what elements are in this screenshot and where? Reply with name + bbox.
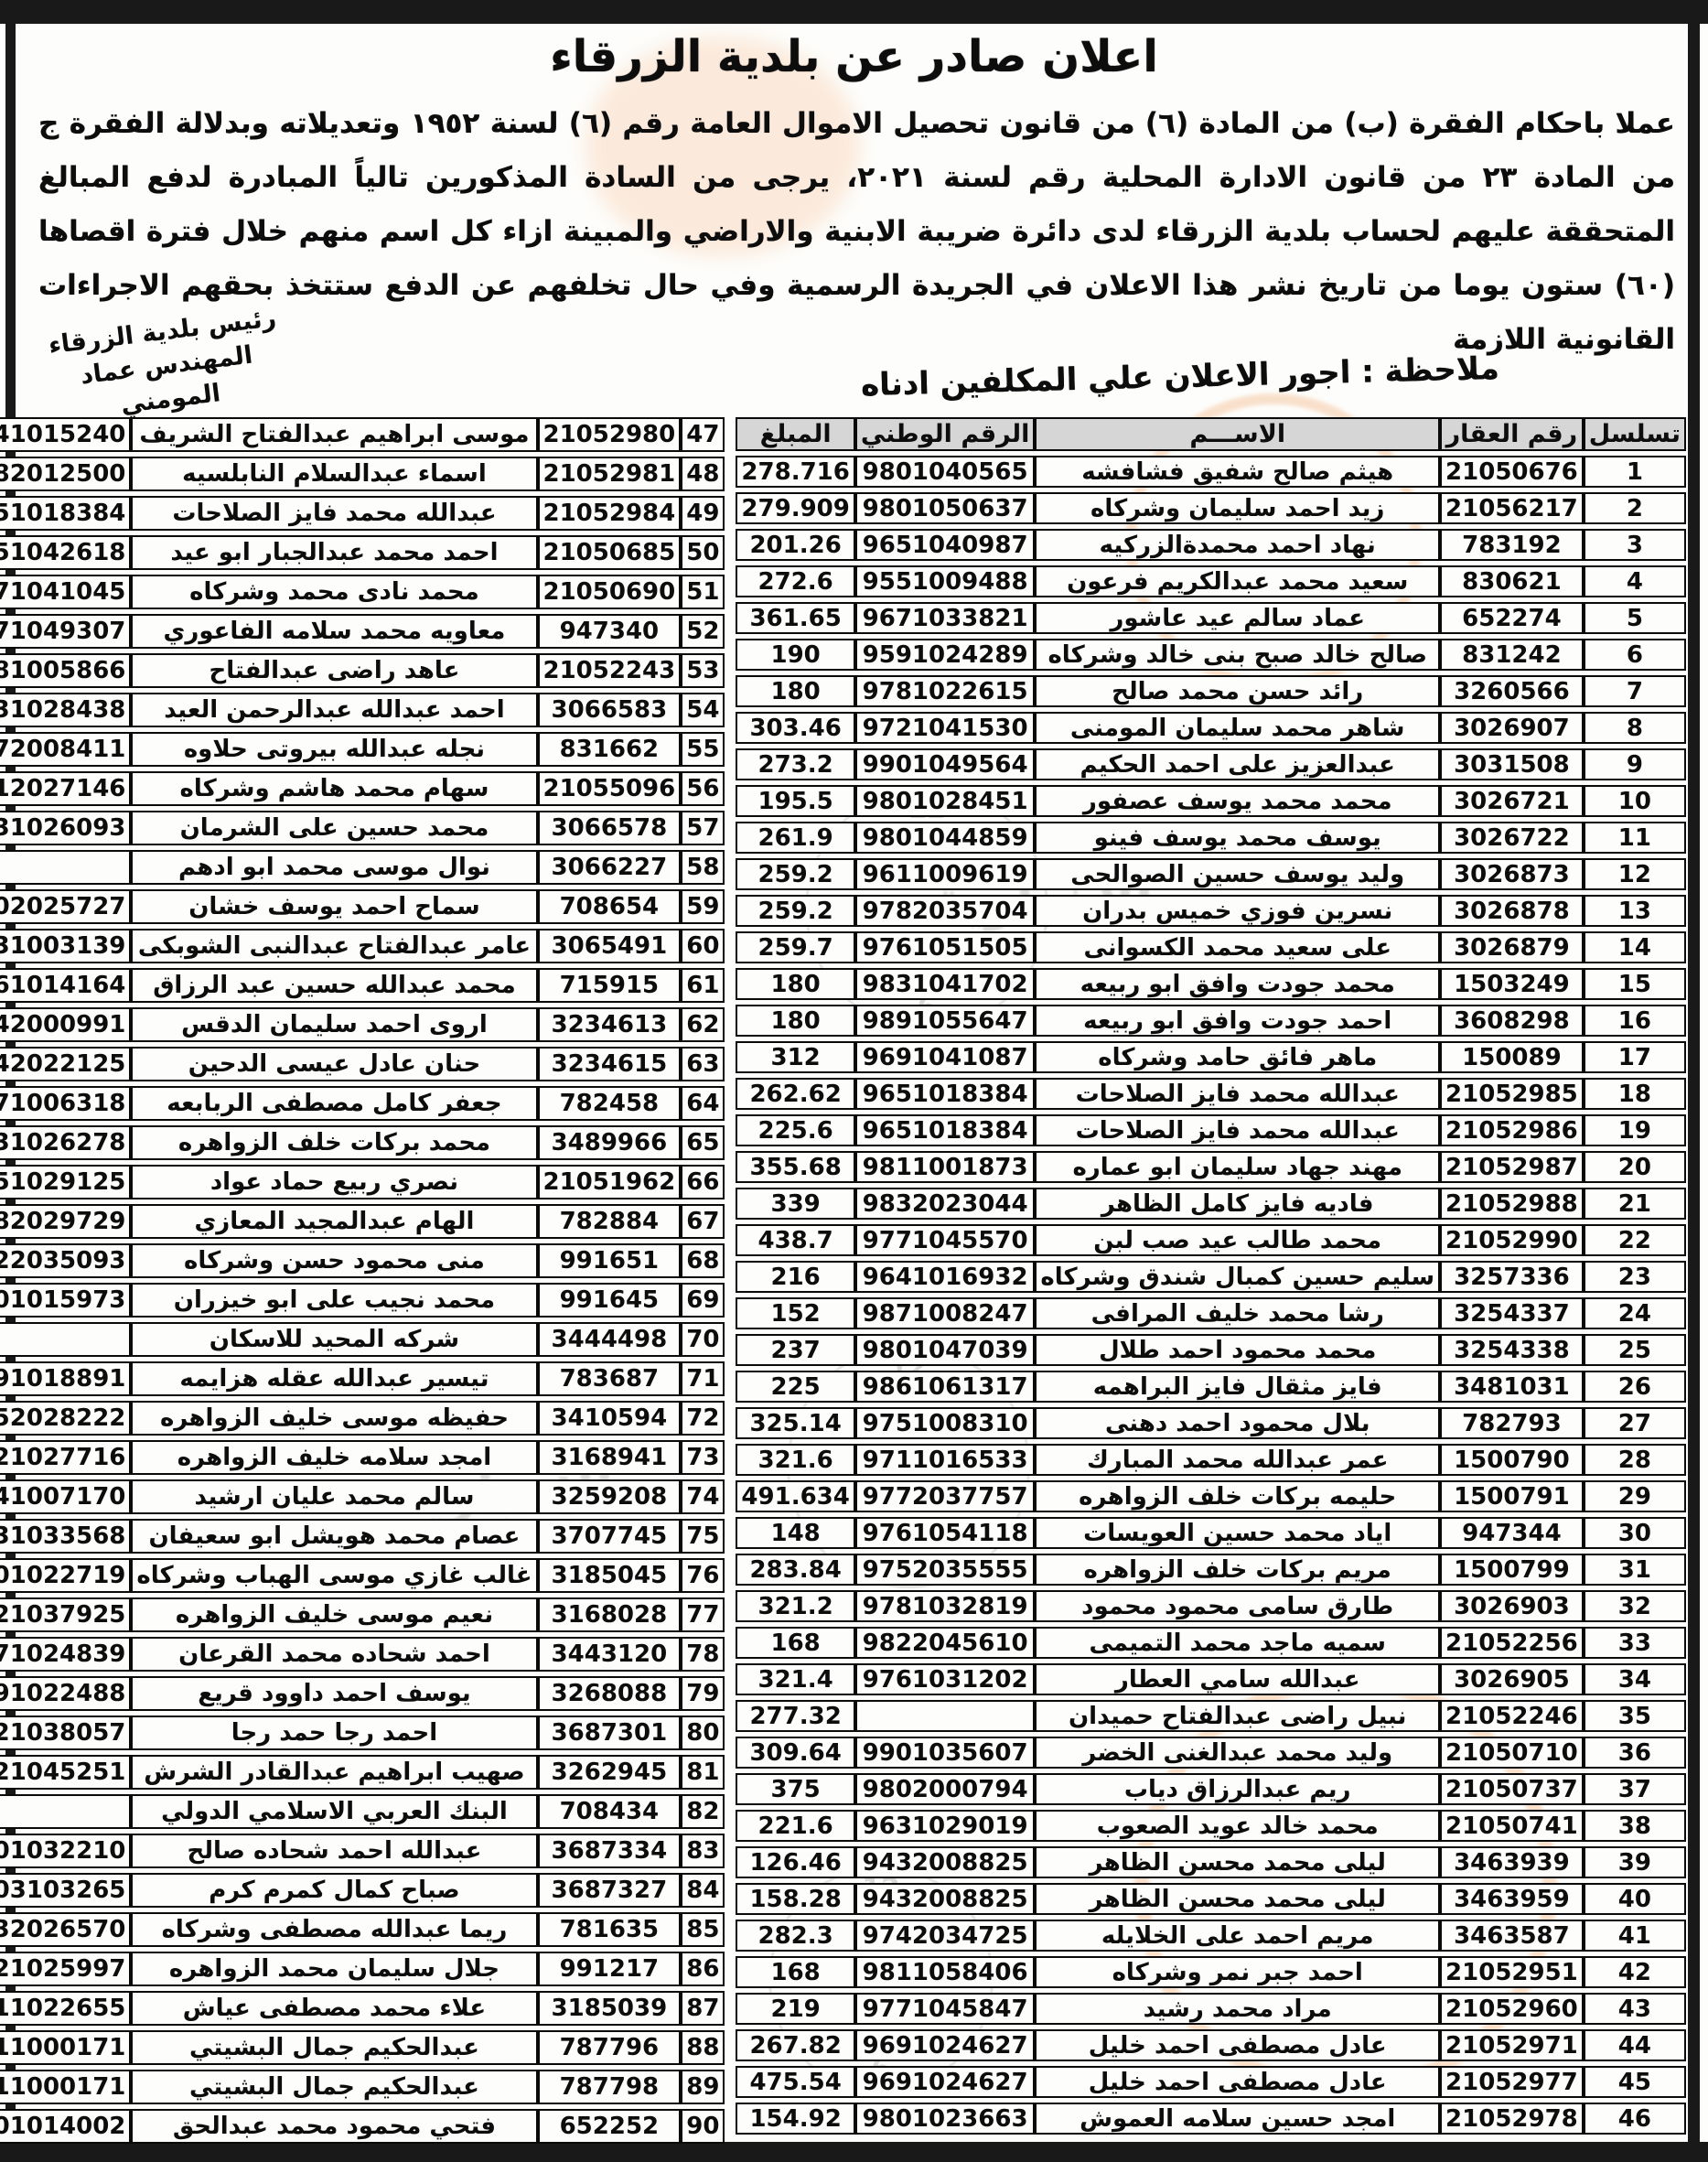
cell-property: 3185039 [538,1991,682,2026]
cell-serial: 43 [1584,1993,1686,2025]
cell-serial: 68 [681,1243,725,1278]
scan-border-right [1688,24,1700,2142]
left-table-body: 4721052980موسى ابراهيم عبدالفتاح الشريف9… [0,417,725,2144]
cell-national: 9782035704 [855,895,1036,927]
table-row: 723410594حفيظه موسى خليف الزواهره9652028… [0,1401,725,1436]
cell-name: جلال سليمان محمد الزواهره [131,1952,537,1986]
cell-national: 9832023044 [855,1188,1036,1220]
table-row: 113026722يوسف محمد يوسف فينو980104485926… [736,822,1686,854]
cell-national: 9701015973 [0,1283,131,1318]
cell-name: حنان عادل عيسى الدحين [131,1047,537,1081]
table-row: 4221052951احمد جبر نمر وشركاه98110584061… [736,1956,1686,1988]
cell-national: 9691024627 [855,2029,1036,2061]
cell-name: سماح احمد يوسف خشان [131,889,537,924]
cell-serial: 80 [681,1716,725,1750]
cell-national: 9761054118 [855,1517,1036,1549]
cell-name: منى محمود حسن وشركاه [131,1243,537,1278]
cell-national: 9482012500 [0,457,131,491]
table-row: 85781635ريما عبدالله مصطفى وشركاه9732026… [0,1912,725,1947]
cell-name: احمد جودت وافق ابو ربيعه [1035,1005,1440,1037]
cell-name: حليمه بركات خلف الزواهره [1035,1480,1440,1512]
cell-name: صباح كمال كمرم كرم [131,1873,537,1908]
cell-national: 9771024839 [0,1637,131,1672]
cell-national: 9671006318 [0,1086,131,1121]
cell-name: جعفر كامل مصطفى الربابعه [131,1086,537,1121]
table-row: 4321052960مراد محمد رشيد9771045847219 [736,1993,1686,2025]
cell-property: 3026903 [1440,1590,1584,1622]
cell-serial: 87 [681,1991,725,2026]
cell-property: 21050690 [538,575,682,609]
cell-amount: 355.68 [736,1151,854,1183]
cell-serial: 66 [681,1165,725,1199]
cell-national: 9732026570 [0,1912,131,1947]
cell-national: 9401014002 [0,2109,131,2144]
cell-national: 9772037757 [855,1480,1036,1512]
table-row: 3721050737ريم عبدالرزاق دياب980200079437… [736,1773,1686,1805]
cell-name: محمد نجيب على ابو خيزران [131,1283,537,1318]
cell-property: 3259208 [538,1479,682,1514]
cell-serial: 74 [681,1479,725,1514]
cell-name: رشا محمد خليف المرافى [1035,1297,1440,1329]
cell-national: 9751008310 [855,1407,1036,1439]
table-row: 67782884الهام عبدالمجيد المعازي968202972… [0,1204,725,1239]
cell-property: 3707745 [538,1519,682,1554]
cell-serial: 73 [681,1440,725,1475]
table-row: 17150089ماهر فائق حامد وشركاه96910410873… [736,1041,1686,1073]
table-row: 803687301احمد رجا حمد رجا9721038057214.2… [0,1716,725,1750]
right-table-body: 121050676هيثم صالح شفيق فشافشه9801040565… [736,456,1686,2135]
cell-property: 782884 [538,1204,682,1239]
cell-name: وليد محمد عبدالغنى الخضر [1035,1737,1440,1769]
cell-name: هيثم صالح شفيق فشافشه [1035,456,1440,488]
cell-property: 3687327 [538,1873,682,1908]
cell-property: 21050676 [1440,456,1584,488]
cell-property: 991651 [538,1243,682,1278]
cell-national: 9641015240 [0,417,131,452]
cell-serial: 55 [681,732,725,767]
table-row: 813262945صهيب ابراهيم عبدالقادر الشرش992… [0,1755,725,1790]
cell-national: 9761051505 [855,931,1036,963]
table-row: 3521052246نبيل راضى عبدالفتاح حميدان277.… [736,1700,1686,1732]
cell-name: زيد احمد سليمان وشركاه [1035,492,1440,524]
cell-amount: 152 [736,1297,854,1329]
header-row: تسلسل رقم العقار الاســـم الرقم الوطني ا… [736,417,1686,451]
cell-serial: 65 [681,1125,725,1160]
cell-serial: 90 [681,2109,725,2144]
cell-national: 2003103265 [0,1873,131,1908]
cell-name: عبدالله احمد شحاده صالح [131,1834,537,1868]
cell-serial: 28 [1584,1444,1686,1476]
cell-amount: 225 [736,1371,854,1403]
cell-name: محمد محمود احمد طلال [1035,1334,1440,1366]
table-row: 1821052985عبدالله محمد فايز الصلاحات9651… [736,1078,1686,1110]
cell-property: 21052951 [1440,1956,1584,1988]
cell-name: نسرين فوزي خميس بدران [1035,895,1440,927]
cell-national: 9722035093 [0,1243,131,1278]
table-row: 221056217زيد احمد سليمان وشركاه980105063… [736,492,1686,524]
cell-serial: 7 [1584,675,1686,707]
table-row: 2121052988فاديه فايز كامل الظاهر98320230… [736,1188,1686,1220]
cell-serial: 75 [681,1519,725,1554]
cell-serial: 6 [1584,639,1686,671]
cell-name: سميه ماجد محمد التميمى [1035,1627,1440,1659]
cell-name: رائد حسن محمد صالح [1035,675,1440,707]
cell-national: 9631028438 [0,693,131,727]
cell-serial: 51 [681,575,725,609]
cell-national [855,1700,1036,1732]
cell-name: سالم محمد عليان ارشيد [131,1479,537,1514]
table-row: 5652274عماد سالم عيد عاشور9671033821361.… [736,602,1686,634]
header-name: الاســـم [1035,417,1440,451]
cell-national [0,1794,131,1829]
cell-serial: 59 [681,889,725,924]
cell-national: 9801022719 [0,1558,131,1593]
cell-national: 9801032210 [0,1834,131,1868]
table-row: 4821052981اسماء عبدالسلام النابلسيه94820… [0,457,725,491]
cell-serial: 21 [1584,1188,1686,1220]
cell-national: 9801047039 [855,1334,1036,1366]
cell-property: 781635 [538,1912,682,1947]
cell-serial: 37 [1584,1773,1686,1805]
cell-name: نعيم موسى خليف الزواهره [131,1597,537,1632]
table-row: 311500799مريم بركات خلف الزواهره97520355… [736,1554,1686,1586]
cell-property: 3608298 [1440,1005,1584,1037]
cell-name: عبدالحكيم جمال البشيتي [131,2070,537,2104]
cell-serial: 25 [1584,1334,1686,1366]
cell-amount: 491.634 [736,1480,854,1512]
table-row: 623234613اروى احمد سليمان الدقس974200099… [0,1007,725,1042]
cell-amount: 237 [736,1334,854,1366]
cell-serial: 44 [1584,2029,1686,2061]
cell-amount: 282.3 [736,1920,854,1952]
cell-name: محمد محمد يوسف عصفور [1035,785,1440,817]
cell-name: ريم عبدالرزاق دياب [1035,1773,1440,1805]
cell-property: 3254338 [1440,1334,1584,1366]
table-row: 4721052980موسى ابراهيم عبدالفتاح الشريف9… [0,417,725,452]
cell-serial: 76 [681,1558,725,1593]
cell-amount: 221.6 [736,1810,854,1842]
cell-name: ماهر فائق حامد وشركاه [1035,1041,1440,1073]
table-row: 4421052971عادل مصطفى احمد خليل9691024627… [736,2029,1686,2061]
cell-name: نبيل راضى عبدالفتاح حميدان [1035,1700,1440,1732]
cell-serial: 12 [1584,858,1686,890]
table-row: 793268088يوسف احمد داوود قريع97910224881… [0,1676,725,1711]
cell-serial: 54 [681,693,725,727]
cell-national: 9921027716 [0,1440,131,1475]
cell-name: احمد جبر نمر وشركاه [1035,1956,1440,1988]
cell-serial: 88 [681,2030,725,2065]
cell-national: 9771041045 [0,575,131,609]
cell-amount: 216 [736,1261,854,1293]
cell-national: 9771049307 [0,614,131,649]
cell-property: 3444498 [538,1322,682,1357]
cell-serial: 24 [1584,1297,1686,1329]
cell-property: 652274 [1440,602,1584,634]
cell-serial: 67 [681,1204,725,1239]
cell-national: 9791022488 [0,1676,131,1711]
cell-serial: 52 [681,614,725,649]
cell-name: عاهد راضى عبدالفتاح [131,653,537,688]
table-row: 4621052978امجد حسين سلامه العموش98010236… [736,2103,1686,2135]
table-row: 403463959ليلى محمد محسن الظاهر9432008825… [736,1883,1686,1915]
cell-national: 9691041087 [855,1041,1036,1073]
table-row: 653489966محمد بركات خلف الزواهره96310262… [0,1125,725,1160]
cell-name: حفيظه موسى خليف الزواهره [131,1401,537,1436]
cell-national: 9591024289 [855,639,1036,671]
cell-serial: 48 [681,457,725,491]
cell-name: يوسف احمد داوود قريع [131,1676,537,1711]
cell-property: 652252 [538,2109,682,2144]
scanned-announcement-page: 123 69 123 69 123 69 الاخبارية الاخبارية… [0,0,1708,2162]
cell-name: امجد حسين سلامه العموش [1035,2103,1440,2135]
cell-amount: 219 [736,1993,854,2025]
cell-serial: 13 [1584,895,1686,927]
table-row: 68991651منى محمود حسن وشركاه972203509326… [0,1243,725,1278]
cell-national: 9591018891 [0,1361,131,1396]
cell-serial: 81 [681,1755,725,1790]
cell-national: 9652028222 [0,1401,131,1436]
cell-property: 3026878 [1440,895,1584,927]
table-row: 3783192نهاد احمد محمدةالزركيه96510409872… [736,529,1686,561]
cell-national: 9781032819 [855,1590,1036,1622]
cell-national: 9372008411 [0,732,131,767]
cell-serial: 47 [681,417,725,452]
cell-amount: 309.64 [736,1737,854,1769]
cell-name: تيسير عبدالله عقله هزايمه [131,1361,537,1396]
cell-name: محمد نادى محمد وشركاه [131,575,537,609]
table-row: 6621051962نصري ربيع حماد عواد97510291252… [0,1165,725,1199]
cell-property: 3410594 [538,1401,682,1436]
table-row: 64782458جعفر كامل مصطفى الربابعه96710063… [0,1086,725,1121]
cell-amount: 201.26 [736,529,854,561]
cell-name: احمد رجا حمد رجا [131,1716,537,1750]
cell-national: 9631026278 [0,1125,131,1160]
table-row: 86991217جلال سليمان محمد الزواهره9621025… [0,1952,725,1986]
cell-serial: 84 [681,1873,725,1908]
cell-name: عبدالله محمد فايز الصلاحات [1035,1078,1440,1110]
cell-name: سهام محمد هاشم وشركاه [131,771,537,806]
cell-property: 3026722 [1440,822,1584,854]
cell-property: 782793 [1440,1407,1584,1439]
table-row: 52947340معاويه محمد سلامه الفاعوري977104… [0,614,725,649]
table-row: 2021052987مهند جهاد سليمان ابو عماره9811… [736,1151,1686,1183]
table-row: 69991645محمد نجيب على ابو خيزران97010159… [0,1283,725,1318]
table-row: 59708654سماح احمد يوسف خشان9802025727504 [0,889,725,924]
cell-name: اروى احمد سليمان الدقس [131,1007,537,1042]
cell-amount: 325.14 [736,1407,854,1439]
cell-serial: 19 [1584,1114,1686,1146]
table-row: 281500790عمر عبدالله محمد المبارك9711016… [736,1444,1686,1476]
cell-name: فايز مثقال فايز البراهمه [1035,1371,1440,1403]
cell-property: 21055096 [538,771,682,806]
cell-serial: 34 [1584,1663,1686,1695]
cell-name: شاهر محمد سليمان المومنى [1035,712,1440,744]
cell-amount: 195.5 [736,785,854,817]
cell-property: 21052978 [1440,2103,1584,2135]
table-row: 873185039علاء محمد مصطفى عياش98110226551… [0,1991,725,2026]
cell-serial: 58 [681,850,725,885]
cell-amount: 321.2 [736,1590,854,1622]
cell-name: احمد شحاده محمد القرعان [131,1637,537,1672]
cell-property: 21052988 [1440,1188,1584,1220]
cell-name: سليم حسين كمبال شندق وشركاه [1035,1261,1440,1293]
table-row: 4521052977عادل مصطفى احمد خليل9691024627… [736,2066,1686,2098]
cell-serial: 2 [1584,492,1686,524]
scan-border-top [0,0,1708,24]
cell-serial: 70 [681,1322,725,1357]
cell-serial: 42 [1584,1956,1686,1988]
cell-amount: 259.2 [736,858,854,890]
table-row: 151503249محمد جودت وافق ابو ربيعه9831041… [736,968,1686,1000]
table-row: 753707745عصام محمد هويشل ابو سعيفان98310… [0,1519,725,1554]
cell-name: على سعيد محمد الكسوانى [1035,931,1440,963]
cell-name: عصام محمد هويشل ابو سعيفان [131,1519,537,1554]
cell-name: ليلى محمد محسن الظاهر [1035,1846,1440,1878]
cell-name: مريم احمد على الخلايله [1035,1920,1440,1952]
cell-national: 9891055647 [855,1005,1036,1037]
table-row: 603065491عامر عبدالفتاح عبدالنبى الشوبكى… [0,929,725,963]
cell-property: 21052987 [1440,1151,1584,1183]
cell-national: 9631029019 [855,1810,1036,1842]
cell-property: 3066583 [538,693,682,727]
right-table-header: تسلسل رقم العقار الاســـم الرقم الوطني ا… [736,417,1686,451]
cell-serial: 5 [1584,602,1686,634]
cell-name: احمد محمد عبدالجبار ابو عيد [131,535,537,570]
cell-serial: 27 [1584,1407,1686,1439]
table-row: 1921052986عبدالله محمد فايز الصلاحات9651… [736,1114,1686,1146]
cell-property: 21052980 [538,417,682,452]
cell-national: 9742034725 [855,1920,1036,1952]
cell-property: 831662 [538,732,682,767]
cell-serial: 38 [1584,1810,1686,1842]
cell-serial: 14 [1584,931,1686,963]
table-row: 3821050741محمد خالد عويد الصعوب963102901… [736,1810,1686,1842]
table-row: 133026878نسرين فوزي خميس بدران9782035704… [736,895,1686,927]
cell-name: صهيب ابراهيم عبدالقادر الشرش [131,1755,537,1790]
cell-property: 3031508 [1440,748,1584,780]
table-row: 27782793بلال محمود احمد دهنى975100831032… [736,1407,1686,1439]
cell-name: فاديه فايز كامل الظاهر [1035,1188,1440,1220]
cell-name: نهاد احمد محمدةالزركيه [1035,529,1440,561]
cell-national: 9751029125 [0,1165,131,1199]
cell-national: 9811022655 [0,1991,131,2026]
cell-name: سعيد محمد عبدالكريم فرعون [1035,565,1440,597]
cell-name: احمد عبدالله عبدالرحمن العيد [131,693,537,727]
cell-amount: 259.2 [736,895,854,927]
cell-property: 3262945 [538,1755,682,1790]
cell-property: 21052986 [1440,1114,1584,1146]
cell-serial: 83 [681,1834,725,1868]
cell-name: بلال محمود احمد دهنى [1035,1407,1440,1439]
cell-amount: 267.82 [736,2029,854,2061]
cell-amount: 321.6 [736,1444,854,1476]
cell-name: مريم بركات خلف الزواهره [1035,1554,1440,1586]
cell-national: 9651040987 [855,529,1036,561]
cell-serial: 64 [681,1086,725,1121]
cell-national: 9611000171 [0,2030,131,2065]
cell-amount: 272.6 [736,565,854,597]
cell-name: محمد بركات خلف الزواهره [131,1125,537,1160]
cell-serial: 71 [681,1361,725,1396]
header-amount: المبلغ [736,417,854,451]
table-row: 89787798عبدالحكيم جمال البشيتي9611000171… [0,2070,725,2104]
cell-amount: 278.716 [736,456,854,488]
page-title: اعلان صادر عن بلدية الزرقاء [0,31,1708,82]
cell-name: نوال موسى محمد ابو ادهم [131,850,537,885]
cell-serial: 20 [1584,1151,1686,1183]
cell-national: 9811058406 [855,1956,1036,1988]
cell-national: 9751042618 [0,535,131,570]
table-row: 843687327صباح كمال كمرم كرم2003103265185… [0,1873,725,1908]
cell-serial: 45 [1584,2066,1686,2098]
cell-amount: 180 [736,968,854,1000]
cell-national [0,1322,131,1357]
table-row: 82708434البنك العربي الاسلامي الدولي468 [0,1794,725,1829]
cell-property: 3257336 [1440,1261,1584,1293]
cell-national: 9761031202 [855,1663,1036,1695]
cell-name: نجله عبدالله بيروتى حلاوه [131,732,537,767]
cell-serial: 56 [681,771,725,806]
cell-property: 3026873 [1440,858,1584,890]
cell-property: 3168028 [538,1597,682,1632]
table-row: 4830621سعيد محمد عبدالكريم فرعون95510094… [736,565,1686,597]
cell-national: 9771045847 [855,1993,1036,2025]
cell-serial: 85 [681,1912,725,1947]
cell-serial: 49 [681,496,725,531]
cell-serial: 72 [681,1401,725,1436]
table-row: 573066578محمد حسين على الشرمان9631026093… [0,811,725,845]
cell-property: 787798 [538,2070,682,2104]
cell-serial: 26 [1584,1371,1686,1403]
cell-national: 9621025997 [0,1952,131,1986]
cell-amount: 279.909 [736,492,854,524]
cell-property: 3254337 [1440,1297,1584,1329]
cell-property: 1500799 [1440,1554,1584,1586]
cell-amount: 261.9 [736,822,854,854]
table-row: 73260566رائد حسن محمد صالح9781022615180 [736,675,1686,707]
cell-property: 830621 [1440,565,1584,597]
table-row: 243254337رشا محمد خليف المرافى9871008247… [736,1297,1686,1329]
table-row: 3621050710وليد محمد عبدالغنى الخضر990103… [736,1737,1686,1769]
cell-name: امجد سلامه خليف الزواهره [131,1440,537,1475]
cell-serial: 33 [1584,1627,1686,1659]
cell-name: فتحي محمود محمد عبدالحق [131,2109,537,2144]
cell-serial: 36 [1584,1737,1686,1769]
cell-property: 3687301 [538,1716,682,1750]
cell-amount: 180 [736,1005,854,1037]
cell-property: 3234615 [538,1047,682,1081]
cell-serial: 8 [1584,712,1686,744]
cell-serial: 82 [681,1794,725,1829]
cell-amount: 168 [736,1956,854,1988]
cell-property: 21052984 [538,496,682,531]
cell-national: 9802000794 [855,1773,1036,1805]
cell-serial: 9 [1584,748,1686,780]
cell-amount: 273.2 [736,748,854,780]
cell-name: عبدالعزيز على احمد الحكيم [1035,748,1440,780]
cell-property: 947344 [1440,1517,1584,1549]
cell-name: عبدالحكيم جمال البشيتي [131,2030,537,2065]
cell-national: 9611009619 [855,858,1036,890]
cell-serial: 40 [1584,1883,1686,1915]
cell-serial: 63 [681,1047,725,1081]
cell-national: 9811001873 [855,1151,1036,1183]
cell-national: 9781022615 [855,675,1036,707]
cell-name: عبدالله سامي العطار [1035,1663,1440,1695]
taxpayers-tables: تسلسل رقم العقار الاســـم الرقم الوطني ا… [20,417,1686,2148]
cell-serial: 57 [681,811,725,845]
cell-national: 9551009488 [855,565,1036,597]
